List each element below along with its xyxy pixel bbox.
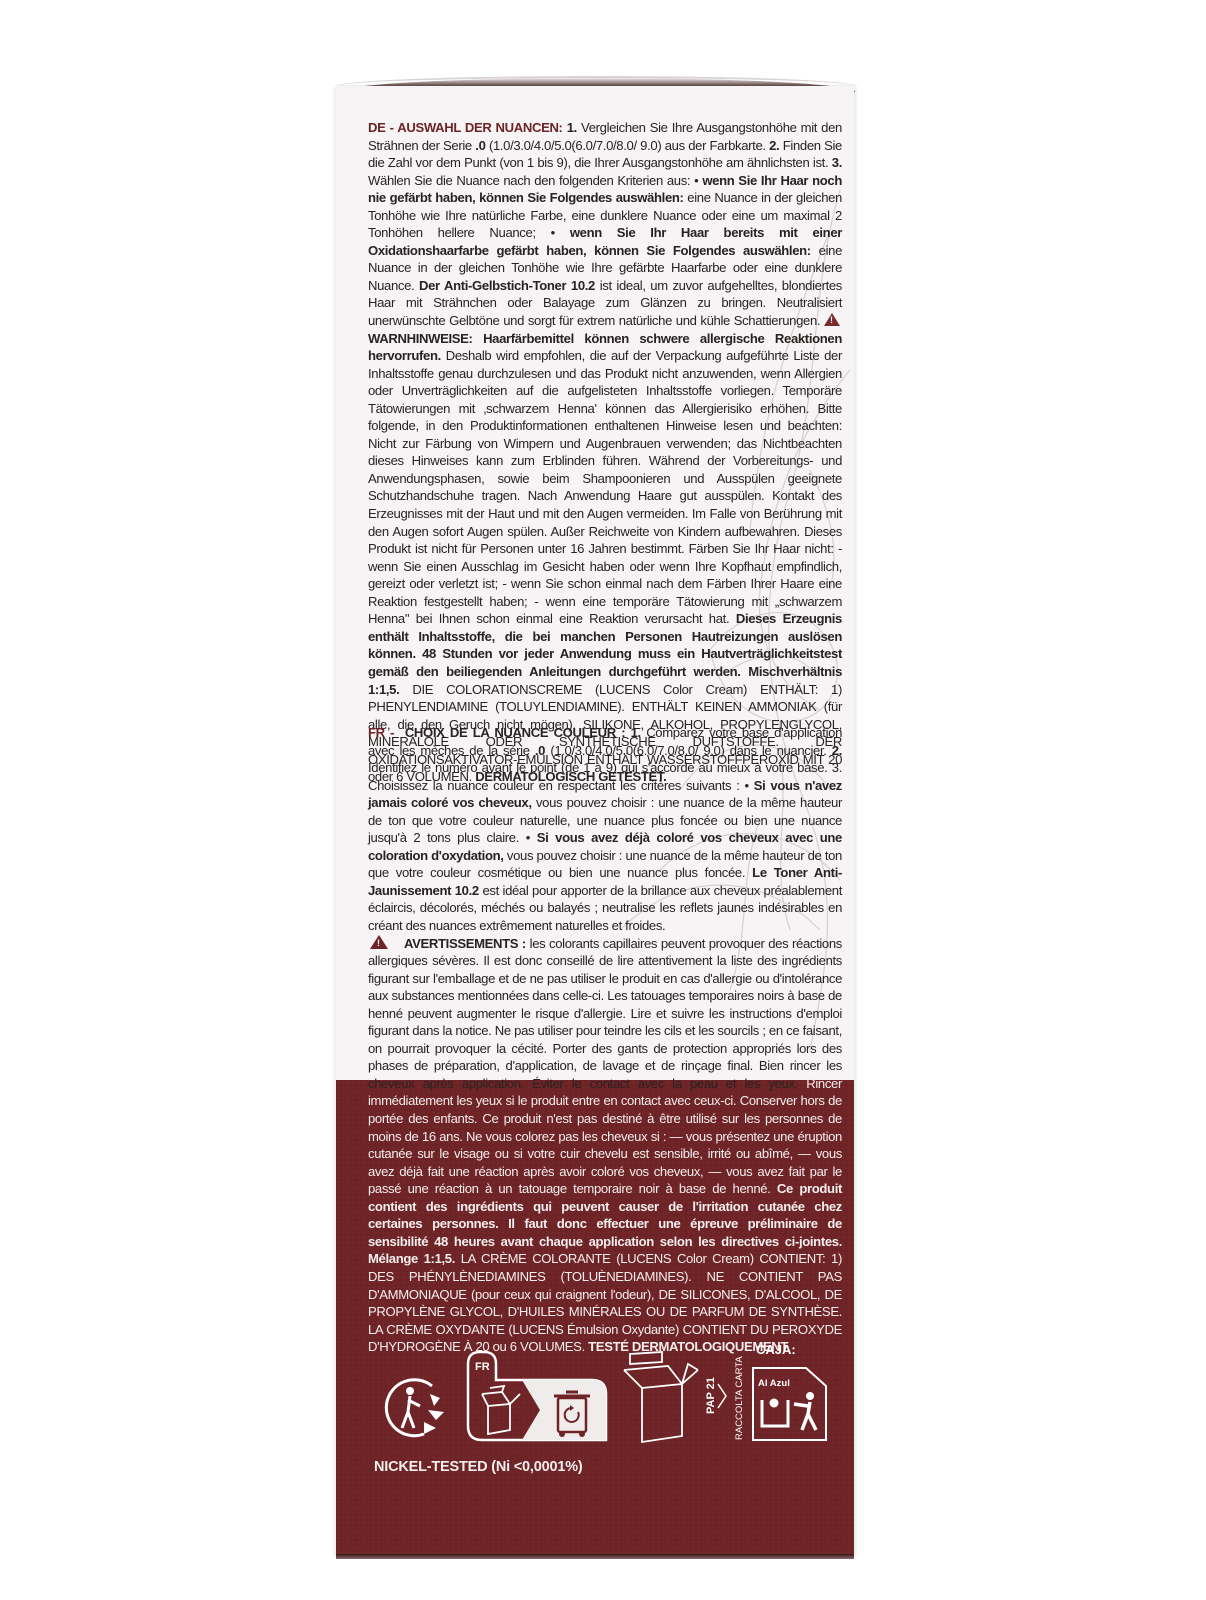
caja-al-azul-icon: CAJA: Al Azul [750, 1340, 834, 1450]
step-number: 3. [832, 155, 842, 170]
step-text: Wählen Sie die Nuance nach den folgenden… [368, 173, 698, 188]
series-values: (1.0/3.0/4.0/5.0(6.0/7.0/8.0/ 9.0) [489, 138, 661, 153]
lang-code-de: DE [368, 120, 386, 135]
step-number: 2. [832, 743, 842, 758]
step-text: aus der Farbkarte. [665, 138, 766, 153]
nickel-tested-label: NICKEL-TESTED (Ni <0,0001%) [374, 1459, 583, 1475]
svg-text:Al Azul: Al Azul [758, 1378, 790, 1389]
german-instructions: DE - AUSWAHL DER NUANCEN: 1. Vergleichen… [368, 119, 842, 786]
series-label: .0 [475, 138, 485, 153]
chevron-right-icon [718, 1384, 726, 1408]
step-number: 2. [769, 138, 779, 153]
de-heading: AUSWAHL DER NUANCEN: [397, 120, 562, 135]
warning-text: Deshalb wird empfohlen, die auf der Verp… [368, 348, 842, 626]
svg-text:PAP 21: PAP 21 [705, 1377, 717, 1414]
step-text: Identifiez le numéro avant le point (de … [368, 760, 827, 775]
warning-triangle-icon [370, 935, 388, 949]
fr-sorting-badge: FR [466, 1350, 608, 1442]
pap21-carton-icon: PAP 21 RACCOLTA CARTA [622, 1344, 752, 1448]
toner-name: Der Anti-Gelbstich-Toner 10.2 [419, 278, 595, 293]
carton-box-icon [482, 1386, 520, 1434]
lang-code-fr: FR [368, 725, 385, 740]
warning-triangle-icon [824, 313, 840, 326]
step-text: dans le nuancier. [730, 743, 827, 758]
step-number: 1. [567, 120, 577, 135]
svg-text:RACCOLTA CARTA: RACCOLTA CARTA [734, 1356, 745, 1440]
step-number: 1. [631, 725, 641, 740]
series-label: .0 [535, 743, 545, 758]
open-box-icon [624, 1352, 698, 1442]
warning-text: les colorants capillaires peuvent provoq… [368, 936, 842, 1091]
svg-text:FR: FR [475, 1361, 490, 1373]
french-instructions: FR - CHOIX DE LA NUANCE COULEUR : 1. Com… [368, 724, 842, 1356]
svg-text:CAJA:: CAJA: [756, 1342, 796, 1357]
series-values: (1.0/3.0/4.0/5.0(6.0/7.0/8.0/ 9.0) [550, 743, 724, 758]
triman-recycle-person-icon [384, 1376, 450, 1438]
warning-text-continued: Rincer immédiatement les yeux si le prod… [368, 1076, 842, 1196]
recycling-icons-row: FR PAP 21 RACCOLTA CARTA CAJ [370, 1340, 850, 1450]
warning-heading: AVERTISSEMENTS : [404, 936, 526, 951]
box-bottom-edge [336, 1554, 854, 1559]
fr-heading: CHOIX DE LA NUANCE COULEUR : [405, 725, 625, 740]
